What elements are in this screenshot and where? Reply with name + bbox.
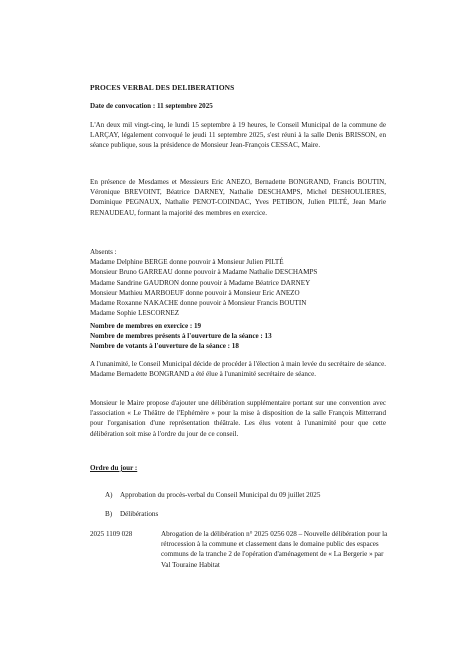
convocation-date: Date de convocation : 11 septembre 2025 xyxy=(90,101,386,111)
absent-item: Monsieur Bruno GARREAU donne pouvoir à M… xyxy=(90,267,386,277)
count-present: Nombre de membres présents à l'ouverture… xyxy=(90,331,386,341)
agenda-text: Délibérations xyxy=(120,510,158,518)
absent-item: Monsieur Mathieu MARBOEUF donne pouvoir … xyxy=(90,288,386,298)
secretary-paragraph: A l'unanimité, le Conseil Municipal déci… xyxy=(90,359,386,379)
agenda-marker: B) xyxy=(105,509,120,519)
absent-item: Madame Roxanne NAKACHE donne pouvoir à M… xyxy=(90,298,386,308)
count-voters: Nombre de votants à l'ouverture de la sé… xyxy=(90,341,386,351)
agenda-heading: Ordre du jour : xyxy=(90,463,386,473)
document-title: PROCES VERBAL DES DELIBERATIONS xyxy=(90,83,386,93)
deliberation-row: 2025 1109 028 Abrogation de la délibérat… xyxy=(90,529,390,570)
agenda-marker: A) xyxy=(105,490,120,500)
presence-paragraph: En présence de Mesdames et Messieurs Eri… xyxy=(90,177,386,218)
absent-item: Madame Sophie LESCORNEZ xyxy=(90,308,386,318)
deliberation-text: Abrogation de la délibération n° 2025 02… xyxy=(161,529,390,570)
agenda-item-a: A)Approbation du procès-verbal du Consei… xyxy=(105,490,401,500)
absents-label: Absents : xyxy=(90,247,386,257)
absent-item: Madame Delphine BERGE donne pouvoir à Mo… xyxy=(90,257,386,267)
intro-paragraph: L'An deux mil vingt-cinq, le lundi 15 se… xyxy=(90,120,386,151)
document-page: PROCES VERBAL DES DELIBERATIONS Date de … xyxy=(0,0,470,666)
count-members: Nombre de membres en exercice : 19 xyxy=(90,321,386,331)
additional-deliberation-paragraph: Monsieur le Maire propose d'ajouter une … xyxy=(90,398,386,439)
deliberation-number: 2025 1109 028 xyxy=(90,529,161,570)
agenda-item-b: B)Délibérations xyxy=(105,509,401,519)
absents-section: Absents : Madame Delphine BERGE donne po… xyxy=(90,247,386,318)
agenda-text: Approbation du procès-verbal du Conseil … xyxy=(120,491,320,499)
member-counts: Nombre de membres en exercice : 19 Nombr… xyxy=(90,321,386,352)
absent-item: Madame Sandrine GAUDRON donne pouvoir à … xyxy=(90,278,386,288)
